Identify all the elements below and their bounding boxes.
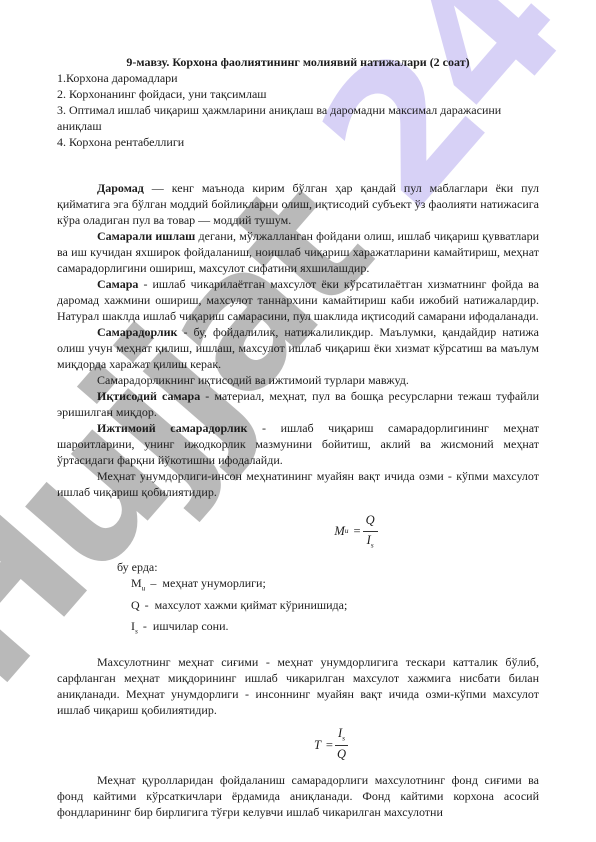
- formula-expression: T=IsQ: [314, 726, 348, 763]
- fraction-denominator: Q: [335, 746, 348, 764]
- legend-dash: -: [145, 598, 149, 612]
- paragraph-samaradorlik: Самарадорлик - бу, фойдалилик, натижалил…: [57, 324, 539, 372]
- formula-lhs: М: [334, 524, 344, 538]
- page-title: 9-мавзу. Корхона фаолиятининг молиявий н…: [57, 54, 539, 70]
- outline-list: 1.Корхона даромадлари 2. Корхонанинг фой…: [57, 70, 539, 150]
- formula-lhs-subscript: u: [345, 527, 349, 536]
- paragraph-samara: Самара - ишлаб чикарилаётган махсулот ёк…: [57, 276, 539, 324]
- legend-text: ишчилар сони.: [153, 619, 229, 633]
- formula-lhs: T: [314, 738, 321, 752]
- paragraph-fond-sigimi: Меҳнат қуролларидан фойдаланиш самарадор…: [57, 772, 539, 820]
- legend-symbol-subscript: u: [142, 584, 146, 593]
- denominator-symbol: Q: [337, 747, 346, 761]
- paragraph-text: Меҳнат қуролларидан фойдаланиш самарадор…: [57, 773, 539, 819]
- numerator-symbol: Q: [366, 513, 375, 527]
- legend-intro: бу ерда:: [57, 559, 539, 575]
- paragraph-ijtimoiy-samaradorlik: Ижтимоий самарадорлик - ишлаб чиқариш са…: [57, 420, 539, 468]
- paragraph-lead: Ижтимоий самарадорлик: [97, 421, 247, 435]
- legend-dash: –: [150, 576, 156, 590]
- paragraph-samarali-ishlash: Самарали ишлаш дегани, мўлжалланган фойд…: [57, 228, 539, 276]
- fraction-numerator: Q: [363, 513, 378, 532]
- paragraph-text: Меҳнат унумдорлиги-инсон меҳнатининг муа…: [57, 469, 539, 499]
- paragraph-lead: Иқтисодий самара: [97, 389, 200, 403]
- legend-symbol: М: [131, 576, 142, 590]
- paragraph-turlari: Самарадорликнинг иқтисодий ва ижтимоий т…: [57, 372, 539, 388]
- paragraph-lead: Даромад: [97, 181, 144, 195]
- legend-item-is: Is-ишчилар сони.: [57, 618, 539, 639]
- paragraph-text: Самарадорликнинг иқтисодий ва ижтимоий т…: [97, 373, 409, 387]
- paragraph-text: Махсулотнинг меҳнат сиғими - меҳнат унум…: [57, 655, 539, 717]
- fraction: QIs: [363, 513, 378, 550]
- fraction: IsQ: [335, 726, 348, 763]
- formula-labor-productivity: Мu=QIs: [115, 513, 596, 550]
- legend-text: махсулот хажми қиймат кўринишида;: [155, 598, 348, 612]
- paragraph-lead: Самара: [97, 277, 138, 291]
- document-page: Hujjat 24 9-мавзу. Корхона фаолиятининг …: [0, 0, 596, 842]
- denominator-subscript: s: [371, 541, 374, 550]
- legend-item-mu: Мu–меҳнат унуморлиги;: [57, 575, 539, 596]
- fraction-denominator: Is: [363, 532, 378, 550]
- legend-text: меҳнат унуморлиги;: [162, 576, 265, 590]
- legend-dash: -: [143, 619, 147, 633]
- outline-item-3: 3. Оптимал ишлаб чиқариш ҳажмларини аниқ…: [57, 102, 539, 134]
- formula-labor-intensity: T=IsQ: [90, 726, 572, 763]
- outline-item-2: 2. Корхонанинг фойдаси, уни тақсимлаш: [57, 86, 539, 102]
- legend-item-q: Q-махсулот хажми қиймат кўринишида;: [57, 597, 539, 618]
- paragraph-mehnat-unumdorligi: Меҳнат унумдорлиги-инсон меҳнатининг муа…: [57, 468, 539, 500]
- outline-item-1: 1.Корхона даромадлари: [57, 70, 539, 86]
- equals-sign: =: [326, 738, 333, 752]
- paragraph-iqtisodiy-samara: Иқтисодий самара - материал, меҳнат, пул…: [57, 388, 539, 420]
- formula-legend: бу ерда: Мu–меҳнат унуморлиги; Q-махсуло…: [57, 559, 539, 639]
- paragraph-lead: Самарадорлик: [97, 325, 177, 339]
- numerator-subscript: s: [342, 734, 345, 743]
- legend-symbol-subscript: s: [135, 626, 138, 635]
- outline-item-4: 4. Корхона рентабеллиги: [57, 134, 539, 150]
- fraction-numerator: Is: [335, 726, 348, 745]
- formula-expression: Мu=QIs: [334, 513, 377, 550]
- equals-sign: =: [354, 524, 361, 538]
- document-content: 9-мавзу. Корхона фаолиятининг молиявий н…: [57, 54, 539, 820]
- paragraph-daromad: Даромад — кенг маънода кирим бўлган ҳар …: [57, 180, 539, 228]
- paragraph-mehnat-sigimi: Махсулотнинг меҳнат сиғими - меҳнат унум…: [57, 654, 539, 718]
- legend-symbol: Q: [131, 598, 140, 612]
- paragraph-lead: Самарали ишлаш: [97, 229, 195, 243]
